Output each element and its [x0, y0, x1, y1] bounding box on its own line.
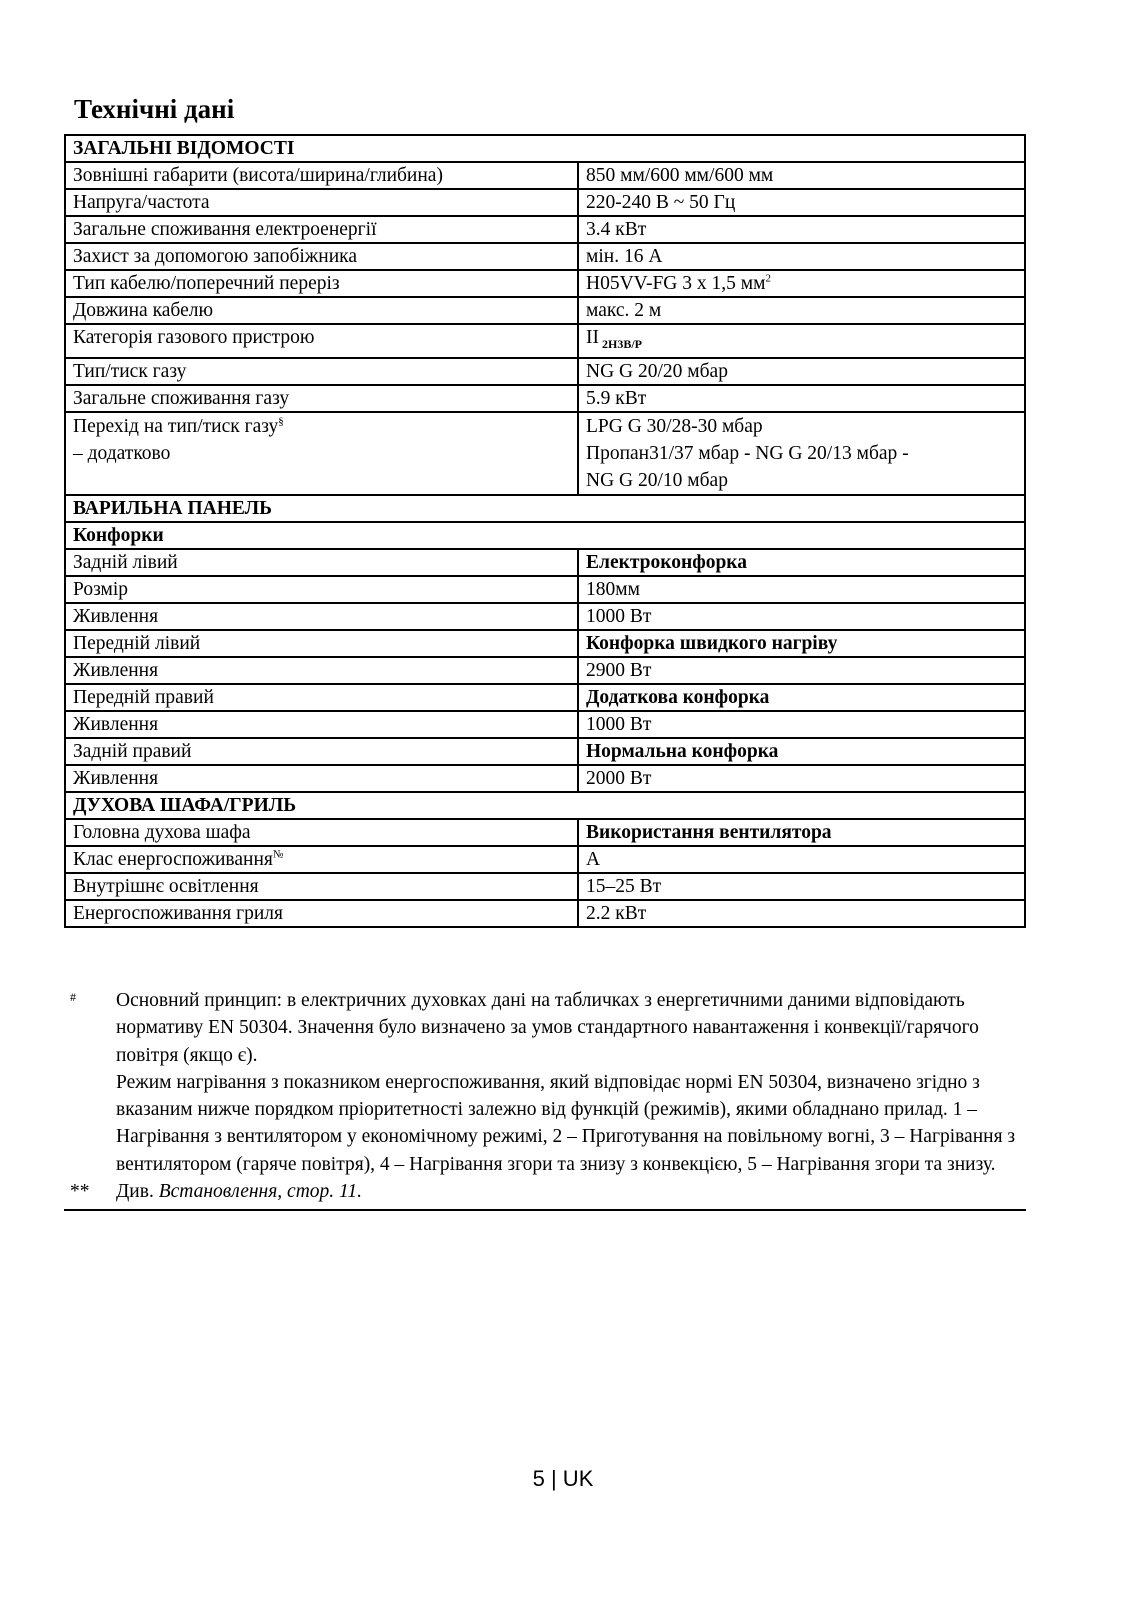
- spec-label: Живлення: [65, 603, 578, 630]
- spec-label: Внутрішнє освітлення: [65, 873, 578, 900]
- tech-spec-table: ЗАГАЛЬНІ ВІДОМОСТІЗовнішні габарити (вис…: [64, 134, 1026, 928]
- spec-value: макс. 2 м: [578, 297, 1025, 324]
- spec-value: Додаткова конфорка: [578, 684, 1025, 711]
- spec-label: Зовнішні габарити (висота/ширина/глибина…: [65, 162, 578, 189]
- spec-value: 850 мм/600 мм/600 мм: [578, 162, 1025, 189]
- spec-value: A: [578, 846, 1025, 873]
- spec-value: II2H3B/P: [578, 324, 1025, 358]
- spec-value: 2900 Вт: [578, 657, 1025, 684]
- table-row: Головна духова шафаВикористання вентилят…: [65, 819, 1025, 846]
- spec-label: Передній лівий: [65, 630, 578, 657]
- spec-label: Задній правий: [65, 738, 578, 765]
- spec-label: Клас енергоспоживання№: [65, 846, 578, 873]
- section-heading-text: Конфорки: [65, 522, 1025, 549]
- table-row: Живлення2900 Вт: [65, 657, 1025, 684]
- table-row: Загальне споживання електроенергії3.4 кВ…: [65, 216, 1025, 243]
- table-row: Задній лівийЕлектроконфорка: [65, 549, 1025, 576]
- table-row: Захист за допомогою запобіжникамін. 16 А: [65, 243, 1025, 270]
- page-title: Технічні дані: [74, 94, 234, 125]
- table-row: Загальне споживання газу5.9 кВт: [65, 385, 1025, 412]
- section-heading: ДУХОВА ШАФА/ГРИЛЬ: [65, 792, 1025, 819]
- spec-label: Живлення: [65, 711, 578, 738]
- table-row: Передній лівийКонфорка швидкого нагріву: [65, 630, 1025, 657]
- spec-value: 5.9 кВт: [578, 385, 1025, 412]
- table-row: Передній правийДодаткова конфорка: [65, 684, 1025, 711]
- table-row-gas-conversion: Перехід на тип/тиск газу§– додатковоLPG …: [65, 412, 1025, 495]
- table-row: Живлення1000 Вт: [65, 711, 1025, 738]
- spec-label: Енергоспоживання гриля: [65, 900, 578, 927]
- footnote-star: ** Див. Встановлення, стор. 11.: [64, 1178, 1026, 1205]
- table-row: Напруга/частота220-240 В ~ 50 Гц: [65, 189, 1025, 216]
- spec-label: Перехід на тип/тиск газу§– додатково: [65, 412, 578, 495]
- section-heading: Конфорки: [65, 522, 1025, 549]
- spec-value: 1000 Вт: [578, 711, 1025, 738]
- spec-value: Конфорка швидкого нагріву: [578, 630, 1025, 657]
- footnote-prefix: Див.: [116, 1181, 159, 1202]
- spec-value: 3.4 кВт: [578, 216, 1025, 243]
- table-row: Тип кабелю/поперечний перерізH05VV-FG 3 …: [65, 270, 1025, 297]
- spec-label: Довжина кабелю: [65, 297, 578, 324]
- footnotes: # Основний принцип: в електричних духовк…: [64, 987, 1026, 1211]
- section-heading-text: ВАРИЛЬНА ПАНЕЛЬ: [65, 495, 1025, 522]
- page-number: 5 | UK: [0, 1466, 1126, 1492]
- section-heading: ВАРИЛЬНА ПАНЕЛЬ: [65, 495, 1025, 522]
- spec-value: 2000 Вт: [578, 765, 1025, 792]
- spec-value: Нормальна конфорка: [578, 738, 1025, 765]
- spec-label: Розмір: [65, 576, 578, 603]
- section-heading: ЗАГАЛЬНІ ВІДОМОСТІ: [65, 135, 1025, 162]
- spec-value: Електроконфорка: [578, 549, 1025, 576]
- footnote-mark: #: [64, 987, 116, 1178]
- spec-label: Тип/тиск газу: [65, 358, 578, 385]
- spec-value: 180мм: [578, 576, 1025, 603]
- spec-value: 1000 Вт: [578, 603, 1025, 630]
- table-row: Категорія газового пристроюII2H3B/P: [65, 324, 1025, 358]
- spec-label: Напруга/частота: [65, 189, 578, 216]
- spec-label: Захист за допомогою запобіжника: [65, 243, 578, 270]
- spec-value: NG G 20/20 мбар: [578, 358, 1025, 385]
- spec-value: Використання вентилятора: [578, 819, 1025, 846]
- section-heading-text: ЗАГАЛЬНІ ВІДОМОСТІ: [65, 135, 1025, 162]
- spec-value: H05VV-FG 3 x 1,5 мм2: [578, 270, 1025, 297]
- table-row: Розмір180мм: [65, 576, 1025, 603]
- table-row: Живлення1000 Вт: [65, 603, 1025, 630]
- spec-value: 15–25 Вт: [578, 873, 1025, 900]
- spec-label: Живлення: [65, 765, 578, 792]
- spec-value: 2.2 кВт: [578, 900, 1025, 927]
- spec-label: Живлення: [65, 657, 578, 684]
- spec-value: мін. 16 А: [578, 243, 1025, 270]
- spec-label: Тип кабелю/поперечний переріз: [65, 270, 578, 297]
- section-heading-text: ДУХОВА ШАФА/ГРИЛЬ: [65, 792, 1025, 819]
- table-row: Задній правийНормальна конфорка: [65, 738, 1025, 765]
- spec-label: Задній лівий: [65, 549, 578, 576]
- table-row: Зовнішні габарити (висота/ширина/глибина…: [65, 162, 1025, 189]
- table-row: Енергоспоживання гриля2.2 кВт: [65, 900, 1025, 927]
- footnote-mark: **: [64, 1178, 116, 1205]
- table-row: Тип/тиск газуNG G 20/20 мбар: [65, 358, 1025, 385]
- table-row: Внутрішнє освітлення15–25 Вт: [65, 873, 1025, 900]
- footnote-text: Основний принцип: в електричних духовках…: [116, 987, 1026, 1069]
- table-row: Живлення2000 Вт: [65, 765, 1025, 792]
- footnote-hash: # Основний принцип: в електричних духовк…: [64, 987, 1026, 1178]
- footnote-reference: Встановлення, стор. 11.: [159, 1181, 362, 1202]
- table-row: Клас енергоспоживання№A: [65, 846, 1025, 873]
- spec-label: Загальне споживання електроенергії: [65, 216, 578, 243]
- footnote-text: Режим нагрівання з показником енергоспож…: [116, 1069, 1026, 1178]
- spec-value: 220-240 В ~ 50 Гц: [578, 189, 1025, 216]
- spec-label: Головна духова шафа: [65, 819, 578, 846]
- spec-label: Категорія газового пристрою: [65, 324, 578, 358]
- spec-label: Загальне споживання газу: [65, 385, 578, 412]
- spec-label: Передній правий: [65, 684, 578, 711]
- table-row: Довжина кабелюмакс. 2 м: [65, 297, 1025, 324]
- spec-value: LPG G 30/28-30 мбарПропан31/37 мбар - NG…: [578, 412, 1025, 495]
